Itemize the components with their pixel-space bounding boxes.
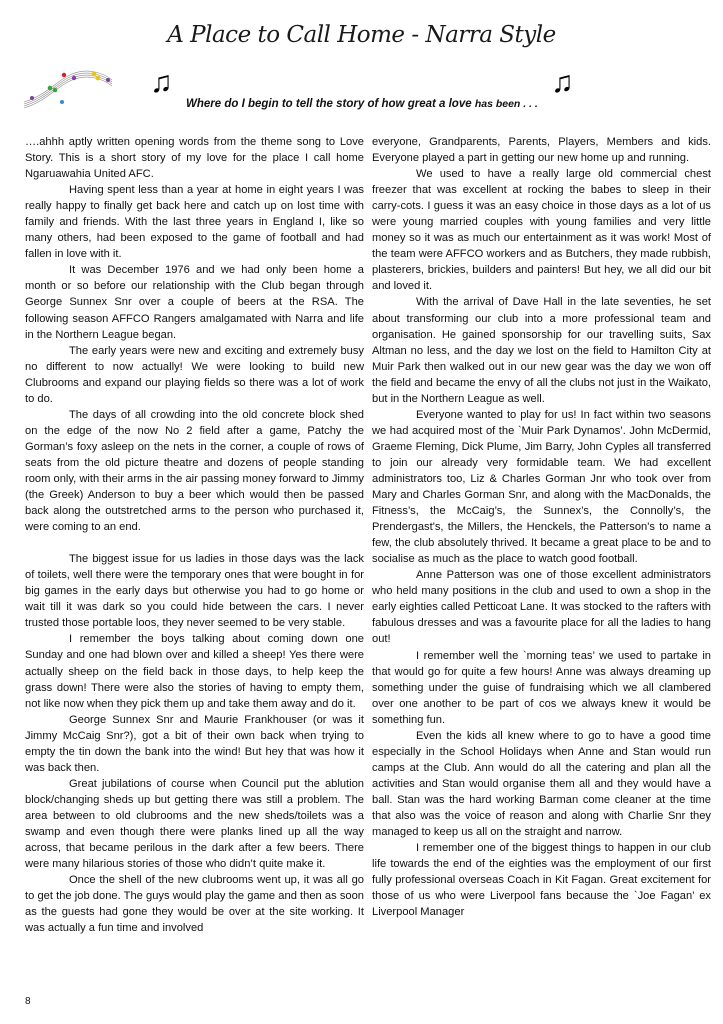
paragraph: Anne Patterson was one of those excellen…: [372, 567, 711, 647]
music-note-icon: ♫: [150, 68, 173, 98]
music-note-icon: ♫: [551, 68, 574, 98]
subtitle: Where do I begin to tell the story of ho…: [186, 98, 538, 110]
page-number: 8: [25, 996, 31, 1007]
paragraph: ….ahhh aptly written opening words from …: [25, 134, 364, 182]
paragraph: I remember well the `morning teas’ we us…: [372, 648, 711, 728]
paragraph: everyone, Grandparents, Parents, Players…: [372, 134, 711, 166]
paragraph: The biggest issue for us ladies in those…: [25, 551, 364, 631]
paragraph: We used to have a really large old comme…: [372, 166, 711, 294]
paragraph: Even the kids all knew where to go to ha…: [372, 728, 711, 840]
paragraph: Great jubilations of course when Council…: [25, 776, 364, 872]
paragraph: It was December 1976 and we had only bee…: [25, 262, 364, 342]
paragraph: Having spent less than a year at home in…: [25, 182, 364, 262]
page-title: A Place to Call Home - Narra Style: [0, 22, 723, 48]
paragraph: George Sunnex Snr and Maurie Frankhouser…: [25, 712, 364, 776]
music-staff-icon: [22, 60, 112, 110]
paragraph: Once the shell of the new clubrooms went…: [25, 872, 364, 936]
paragraph: With the arrival of Dave Hall in the lat…: [372, 294, 711, 406]
paragraph: The early years were new and exciting an…: [25, 343, 364, 407]
paragraph: I remember one of the biggest things to …: [372, 840, 711, 920]
paragraph: The days of all crowding into the old co…: [25, 407, 364, 535]
article-right-column: everyone, Grandparents, Parents, Players…: [372, 134, 711, 920]
paragraph: Everyone wanted to play for us! In fact …: [372, 407, 711, 567]
article-left-column: ….ahhh aptly written opening words from …: [25, 134, 364, 936]
subtitle-main: Where do I begin to tell the story of ho…: [186, 98, 475, 110]
subtitle-tail: has been . . .: [475, 98, 538, 110]
paragraph: I remember the boys talking about coming…: [25, 631, 364, 711]
